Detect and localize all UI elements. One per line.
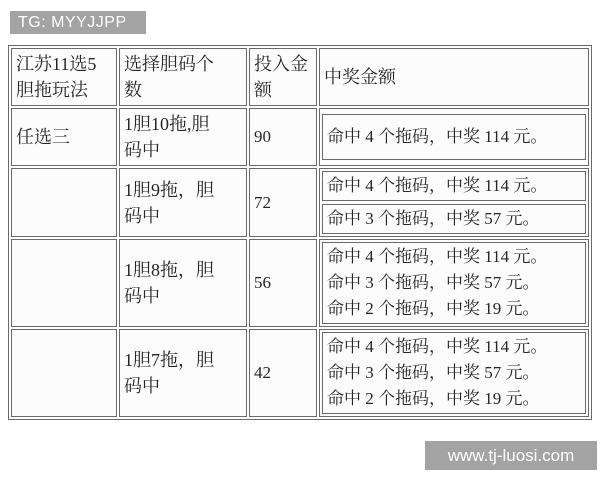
play-type-cell: 任选三 [11, 108, 117, 166]
prize-stack: 命中 4 个拖码，中奖 114 元。 命中 3 个拖码，中奖 57 元。 命中 … [322, 242, 586, 324]
payout-table: 江苏11选5 胆拖玩法 选择胆码个 数 投入金 额 中奖金额 任选三 1胆10拖… [8, 45, 592, 420]
col-header-prize: 中奖金额 [319, 48, 589, 106]
prize-stack: 命中 4 个拖码，中奖 114 元。 [322, 114, 586, 160]
prize-box: 命中 4 个拖码，中奖 114 元。 [322, 114, 586, 160]
prize-line: 命中 3 个拖码，中奖 57 元。 [327, 270, 581, 296]
prize-line: 命中 4 个拖码，中奖 114 元。 [327, 124, 581, 150]
prize-cell: 命中 4 个拖码，中奖 114 元。 命中 3 个拖码，中奖 57 元。 命中 … [319, 329, 589, 417]
play-type-cell [11, 239, 117, 327]
selection-cell: 1胆9拖，胆 码中 [119, 168, 247, 237]
prize-line: 命中 4 个拖码，中奖 114 元。 [327, 244, 581, 270]
prize-line: 命中 3 个拖码，中奖 57 元。 [327, 360, 581, 386]
prize-line: 命中 2 个拖码，中奖 19 元。 [327, 296, 581, 322]
prize-cell: 命中 4 个拖码，中奖 114 元。 命中 3 个拖码，中奖 57 元。 [319, 168, 589, 237]
selection-line: 1胆7拖，胆 [124, 347, 242, 373]
prize-box: 命中 4 个拖码，中奖 114 元。 命中 3 个拖码，中奖 57 元。 命中 … [322, 332, 586, 414]
table-row: 1胆7拖，胆 码中 42 命中 4 个拖码，中奖 114 元。 命中 3 个拖码… [11, 329, 589, 417]
table-row: 任选三 1胆10拖,胆 码中 90 命中 4 个拖码，中奖 114 元。 [11, 108, 589, 166]
header-line: 选择胆码个 [124, 51, 242, 77]
telegram-badge: TG: MYYJJPP [10, 11, 146, 34]
table-row: 1胆9拖，胆 码中 72 命中 4 个拖码，中奖 114 元。 命中 3 个拖码… [11, 168, 589, 237]
prize-line: 命中 2 个拖码，中奖 19 元。 [327, 386, 581, 412]
watermark: www.tj-luosi.com [425, 441, 597, 470]
prize-stack: 命中 4 个拖码，中奖 114 元。 命中 3 个拖码，中奖 57 元。 [322, 171, 586, 234]
selection-line: 码中 [124, 373, 242, 399]
selection-line: 1胆10拖,胆 [124, 111, 242, 137]
header-line: 胆拖玩法 [16, 77, 112, 103]
prize-cell: 命中 4 个拖码，中奖 114 元。 [319, 108, 589, 166]
header-line: 数 [124, 77, 242, 103]
amount-cell: 90 [249, 108, 317, 166]
table-row: 1胆8拖，胆 码中 56 命中 4 个拖码，中奖 114 元。 命中 3 个拖码… [11, 239, 589, 327]
header-line: 江苏11选5 [16, 51, 112, 77]
play-type-cell [11, 329, 117, 417]
prize-line: 命中 3 个拖码，中奖 57 元。 [327, 206, 581, 232]
prize-box: 命中 4 个拖码，中奖 114 元。 [322, 171, 586, 201]
prize-cell: 命中 4 个拖码，中奖 114 元。 命中 3 个拖码，中奖 57 元。 命中 … [319, 239, 589, 327]
header-row: 江苏11选5 胆拖玩法 选择胆码个 数 投入金 额 中奖金额 [11, 48, 589, 106]
selection-line: 1胆8拖，胆 [124, 257, 242, 283]
header-line: 额 [254, 77, 312, 103]
header-line: 中奖金额 [324, 64, 584, 90]
play-type-cell [11, 168, 117, 237]
col-header-amount: 投入金 额 [249, 48, 317, 106]
selection-cell: 1胆8拖，胆 码中 [119, 239, 247, 327]
amount-cell: 56 [249, 239, 317, 327]
amount-cell: 42 [249, 329, 317, 417]
selection-cell: 1胆7拖，胆 码中 [119, 329, 247, 417]
col-header-selection: 选择胆码个 数 [119, 48, 247, 106]
prize-line: 命中 4 个拖码，中奖 114 元。 [327, 173, 581, 199]
col-header-play-type: 江苏11选5 胆拖玩法 [11, 48, 117, 106]
selection-cell: 1胆10拖,胆 码中 [119, 108, 247, 166]
selection-line: 1胆9拖，胆 [124, 177, 242, 203]
prize-line: 命中 4 个拖码，中奖 114 元。 [327, 334, 581, 360]
selection-line: 码中 [124, 203, 242, 229]
prize-stack: 命中 4 个拖码，中奖 114 元。 命中 3 个拖码，中奖 57 元。 命中 … [322, 332, 586, 414]
prize-box: 命中 4 个拖码，中奖 114 元。 命中 3 个拖码，中奖 57 元。 命中 … [322, 242, 586, 324]
prize-box: 命中 3 个拖码，中奖 57 元。 [322, 204, 586, 234]
selection-line: 码中 [124, 283, 242, 309]
selection-line: 码中 [124, 137, 242, 163]
amount-cell: 72 [249, 168, 317, 237]
header-line: 投入金 [254, 51, 312, 77]
